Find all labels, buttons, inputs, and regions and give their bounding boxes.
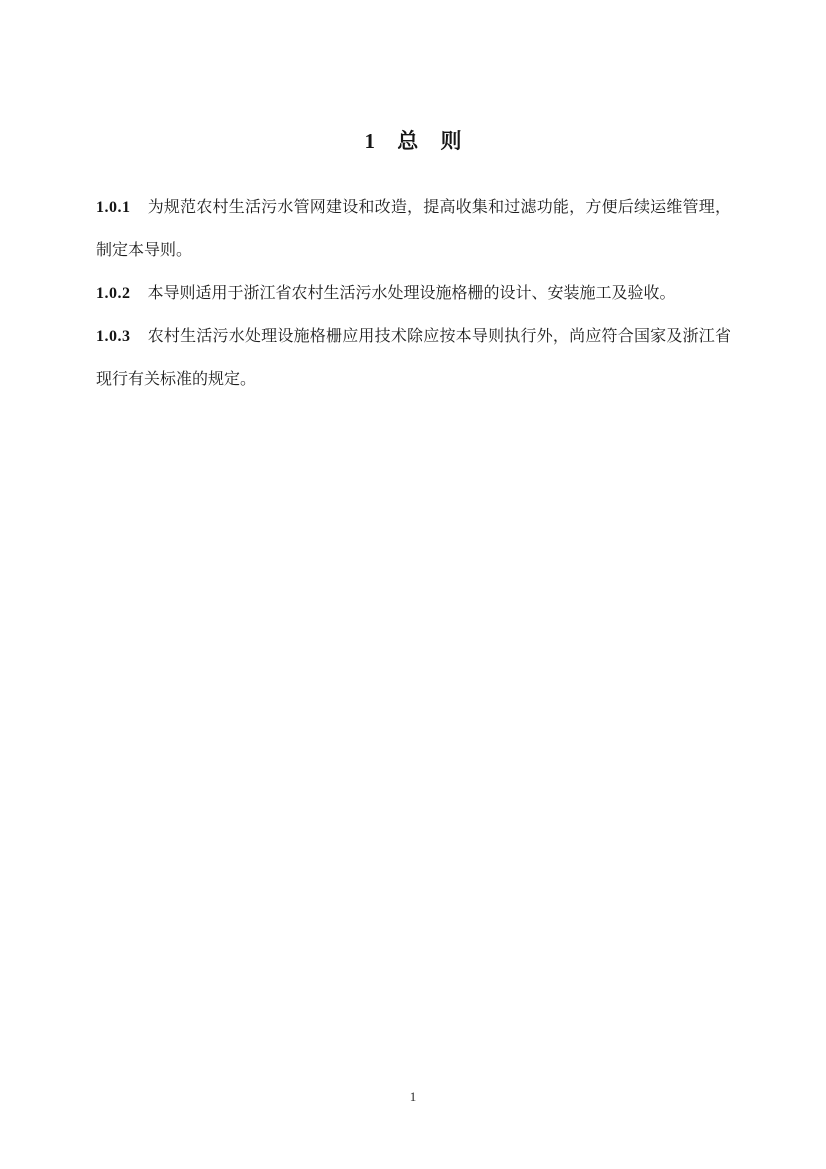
clause-1-0-2: 1.0.2本导则适用于浙江省农村生活污水处理设施格栅的设计、安装施工及验收。: [96, 272, 731, 315]
chapter-title: 1 总 则: [96, 126, 731, 156]
clause-1-0-1: 1.0.1为规范农村生活污水管网建设和改造，提高收集和过滤功能，方便后续运维管理…: [96, 186, 731, 272]
clause-1-0-2-text: 本导则适用于浙江省农村生活污水处理设施格栅的设计、安装施工及验收。: [148, 285, 676, 302]
clause-1-0-3: 1.0.3农村生活污水处理设施格栅应用技术除应按本导则执行外，尚应符合国家及浙江…: [96, 315, 731, 401]
clause-1-0-1-number: 1.0.1: [96, 199, 131, 216]
page-number: 1: [0, 1089, 826, 1105]
clause-1-0-1-text: 为规范农村生活污水管网建设和改造，提高收集和过滤功能，方便后续运维管理，制定本导…: [96, 199, 731, 259]
clause-1-0-3-number: 1.0.3: [96, 328, 131, 345]
clause-1-0-3-text: 农村生活污水处理设施格栅应用技术除应按本导则执行外，尚应符合国家及浙江省现行有关…: [96, 328, 731, 388]
document-page: 1 总 则 1.0.1为规范农村生活污水管网建设和改造，提高收集和过滤功能，方便…: [0, 0, 826, 1169]
clause-1-0-2-number: 1.0.2: [96, 285, 131, 302]
